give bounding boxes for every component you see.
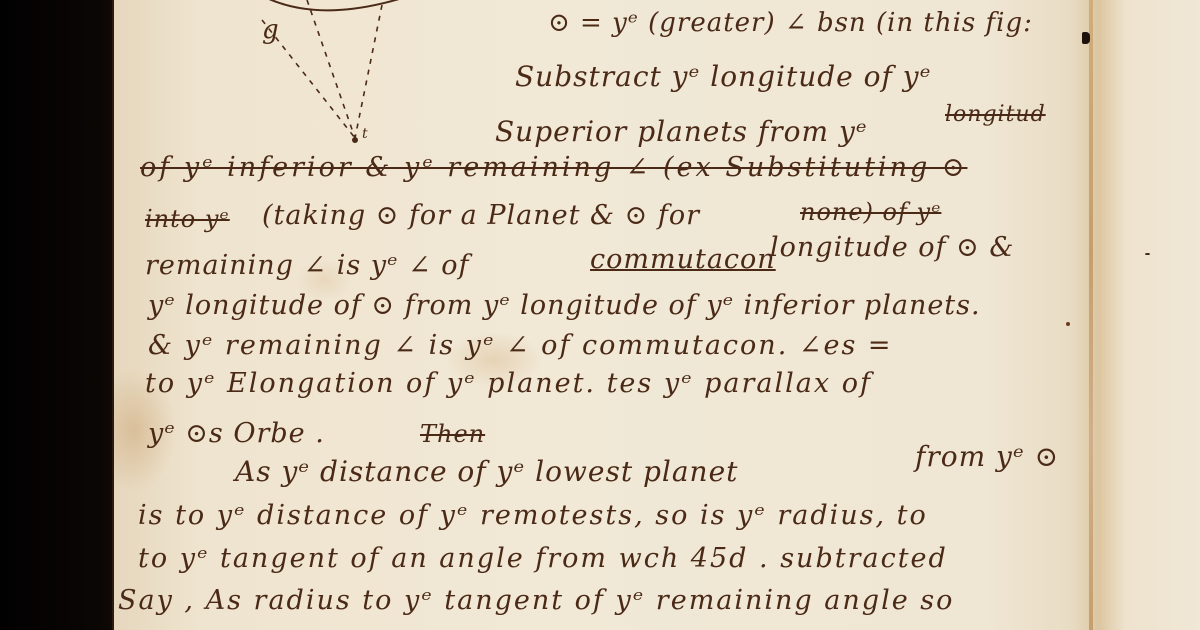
manuscript-line-6-end: longitude of ⊙ & [770, 232, 1014, 263]
manuscript-line-3: Superior planets from yᵉ [495, 115, 868, 148]
manuscript-line-1: ⊙ = yᵉ (greater) ∠ bsn (in this fig: [548, 8, 1033, 38]
scan-background [0, 0, 120, 630]
struck-word-longitud: longitud [945, 102, 1046, 127]
ink-speck [1066, 322, 1070, 326]
page-gutter [1089, 0, 1093, 630]
manuscript-line-10: yᵉ ⊙s Orbe . [148, 418, 325, 449]
manuscript-line-13: to yᵉ tangent of an angle from wch 45d .… [138, 543, 948, 574]
manuscript-line-11: As yᵉ distance of yᵉ lowest planet [235, 455, 738, 488]
manuscript-line-2: Substract yᵉ longitude of yᵉ [515, 60, 931, 93]
manuscript-line-6: remaining ∠ is yᵉ ∠ of [145, 250, 470, 281]
struck-line-4: of yᵉ inferior & yᵉ remaining ∠ (ex Subs… [140, 152, 967, 183]
underlined-word-commutacon: commutacon [590, 244, 776, 275]
geometric-diagram: g t [112, 0, 432, 160]
struck-phrase-none: none) of yᵉ [800, 198, 941, 226]
manuscript-line-9: to yᵉ Elongation of yᵉ planet. tes yᵉ pa… [145, 368, 872, 399]
manuscript-line-8: & yᵉ remaining ∠ is yᵉ ∠ of commutacon. … [148, 330, 893, 361]
diagram-label-t: t [362, 126, 368, 142]
manuscript-line-14: Say , As radius to yᵉ tangent of yᵉ rema… [118, 585, 954, 616]
struck-phrase-into: into yᵉ [145, 205, 230, 233]
ink-speck [1145, 253, 1150, 255]
manuscript-line-12: is to yᵉ distance of yᵉ remotests, so is… [138, 500, 928, 531]
manuscript-line-11-end: from yᵉ ⊙ [915, 440, 1059, 473]
binding-mark [1082, 32, 1090, 44]
manuscript-line-5: (taking ⊙ for a Planet & ⊙ for [262, 200, 700, 231]
struck-word-then: Then [420, 420, 485, 448]
diagram-label-g: g [262, 15, 279, 45]
manuscript-line-7: yᵉ longitude of ⊙ from yᵉ longitude of y… [148, 290, 981, 321]
